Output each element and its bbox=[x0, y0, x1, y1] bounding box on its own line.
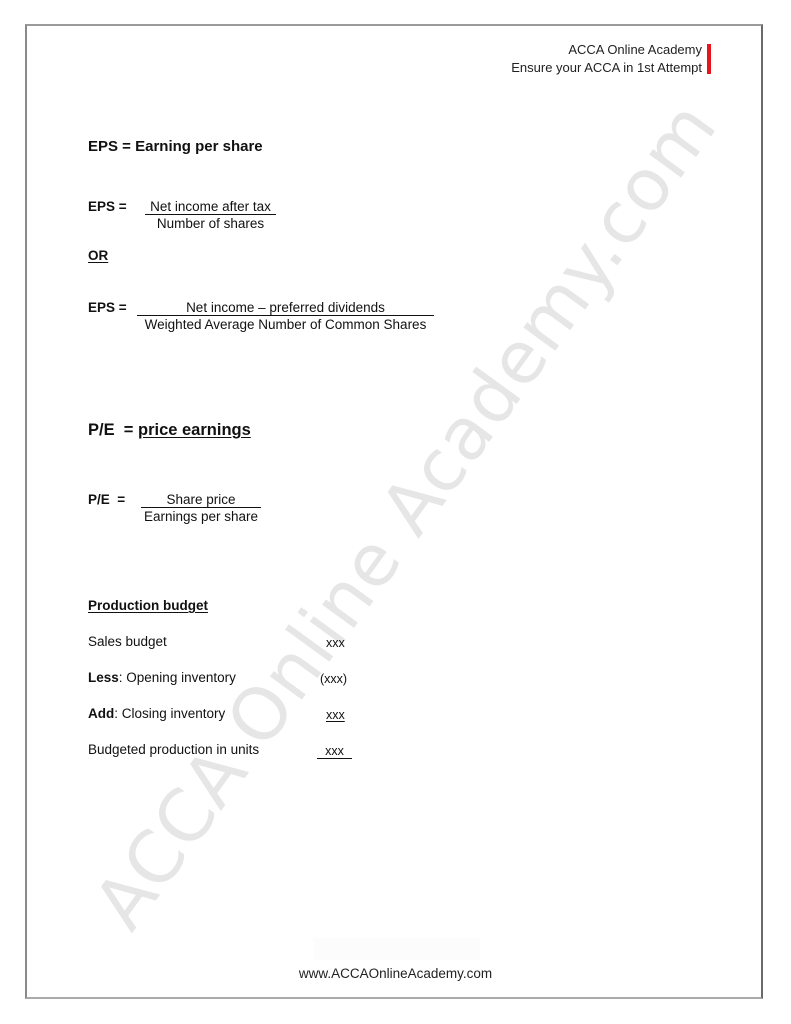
pe-heading: P/E = price earnings bbox=[88, 421, 251, 440]
eps-formula2-numerator: Net income – preferred dividends bbox=[137, 300, 434, 316]
eps-formula1-label: EPS = bbox=[88, 199, 127, 214]
pe-heading-term: price earnings bbox=[138, 421, 251, 439]
budget-row-label-text: Sales budget bbox=[88, 634, 167, 649]
budget-row-value: xxx bbox=[326, 708, 345, 722]
eps-formula1-denominator: Number of shares bbox=[145, 215, 276, 231]
budget-row-value: (xxx) bbox=[320, 672, 347, 686]
pe-formula-numerator: Share price bbox=[141, 492, 261, 508]
document-body: EPS = Earning per share EPS = Net income… bbox=[0, 0, 791, 1024]
budget-row-value: xxx bbox=[326, 636, 345, 650]
pe-formula-denominator: Earnings per share bbox=[141, 508, 261, 524]
eps-formula1: Net income after tax Number of shares bbox=[145, 199, 276, 231]
budget-row-label: Budgeted production in units bbox=[88, 742, 259, 757]
pe-formula-label: P/E = bbox=[88, 492, 125, 507]
eps-formula2-label: EPS = bbox=[88, 300, 127, 315]
eps-formula2-denominator: Weighted Average Number of Common Shares bbox=[137, 316, 434, 332]
budget-row-value: xxx bbox=[317, 744, 352, 759]
production-budget-heading: Production budget bbox=[88, 598, 208, 613]
budget-row-prefix: Add bbox=[88, 706, 114, 721]
eps-heading: EPS = Earning per share bbox=[88, 138, 263, 155]
eps-formula2: Net income – preferred dividends Weighte… bbox=[137, 300, 434, 332]
budget-row-label-text: : Closing inventory bbox=[114, 706, 225, 721]
budget-row-label-text: : Opening inventory bbox=[119, 670, 236, 685]
budget-row-label: Sales budget bbox=[88, 634, 167, 649]
pe-heading-prefix: P/E = bbox=[88, 421, 138, 439]
budget-row-label-text: Budgeted production in units bbox=[88, 742, 259, 757]
eps-formula1-numerator: Net income after tax bbox=[145, 199, 276, 215]
budget-row-prefix: Less bbox=[88, 670, 119, 685]
budget-row-label: Add: Closing inventory bbox=[88, 706, 225, 721]
or-label: OR bbox=[88, 248, 108, 263]
budget-row-label: Less: Opening inventory bbox=[88, 670, 236, 685]
pe-formula: Share price Earnings per share bbox=[141, 492, 261, 524]
